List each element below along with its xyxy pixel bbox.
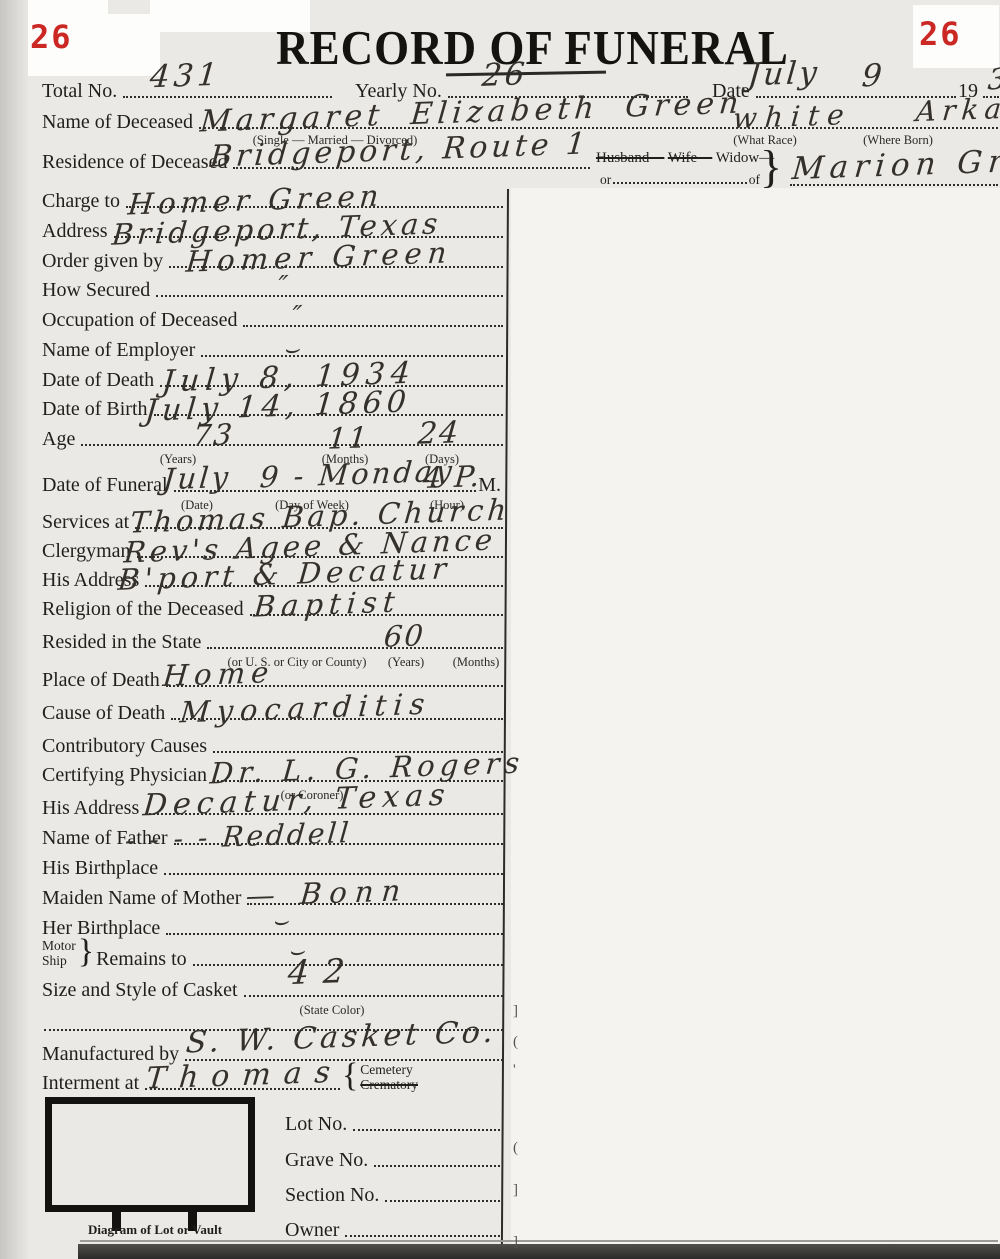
cemetery-field-row: Grave No. bbox=[285, 1145, 502, 1171]
option-ship: Ship bbox=[42, 953, 76, 968]
handwritten-value: Thomas bbox=[145, 1054, 345, 1096]
field-row-remains-to: MotorShip}Remains to bbox=[42, 944, 505, 970]
field-label: Order given by bbox=[42, 250, 167, 272]
handwritten-value: Baptist bbox=[253, 584, 403, 623]
handwritten-date-month: July bbox=[746, 55, 821, 94]
field-label: Residence of Deceased bbox=[42, 151, 231, 173]
handwritten-race: white bbox=[732, 98, 854, 135]
cut-off-text-fragment: ] bbox=[513, 1003, 518, 1020]
bottom-scan-bar bbox=[78, 1244, 1000, 1259]
handwritten-value: July bbox=[162, 460, 233, 496]
handwritten-value: - - - - Reddell bbox=[124, 816, 353, 857]
cut-off-text-fragment: ' bbox=[513, 1062, 516, 1079]
option-wife: Wife— bbox=[668, 150, 712, 166]
handwritten-value: ⌣ bbox=[271, 906, 292, 937]
lot-diagram bbox=[45, 1097, 52, 1212]
lot-diagram bbox=[45, 1097, 255, 1104]
dotted-leader bbox=[123, 96, 332, 98]
brace-glyph: } bbox=[760, 140, 782, 193]
field-label: Date of Funeral bbox=[42, 474, 172, 496]
field-row-occupation-of-deceased: Occupation of Deceased bbox=[42, 305, 505, 331]
cut-off-text-fragment: ( bbox=[513, 1140, 518, 1157]
dotted-leader bbox=[345, 1235, 500, 1237]
cemetery-field-row: Section No. bbox=[285, 1180, 502, 1206]
field-label: Resided in the State bbox=[42, 631, 205, 653]
dotted-leader bbox=[353, 1129, 500, 1131]
field-label: Religion of the Deceased bbox=[42, 598, 248, 620]
lot-diagram bbox=[248, 1097, 255, 1212]
dotted-leader bbox=[374, 1165, 500, 1167]
field-label: Certifying Physician bbox=[42, 764, 211, 786]
field-label: Owner bbox=[285, 1219, 343, 1241]
field-label: Charge to bbox=[42, 190, 124, 212]
cemetery-field-row: Lot No. bbox=[285, 1109, 502, 1135]
handwritten-value: 24 bbox=[416, 415, 461, 452]
cut-off-text-fragment: ( bbox=[513, 1034, 518, 1051]
brace-glyph: { bbox=[342, 1061, 360, 1094]
field-label: Date of Death bbox=[42, 369, 158, 391]
field-row-size-style-of-casket: Size and Style of Casket bbox=[42, 975, 505, 1001]
scan-edge-shading bbox=[0, 0, 30, 1259]
field-row-his-birthplace: His Birthplace bbox=[42, 853, 505, 879]
cut-off-text-fragment: ] bbox=[513, 1234, 518, 1251]
field-row-how-secured: How Secured bbox=[42, 275, 505, 301]
handwritten-value: 73 bbox=[192, 417, 236, 453]
cut-off-text-fragment: ] bbox=[513, 1182, 518, 1199]
brace-glyph: } bbox=[78, 937, 96, 970]
field-label: Name of Deceased bbox=[42, 111, 197, 133]
field-label: Address bbox=[42, 220, 112, 242]
scanned-funeral-record-page: 26 26 RECORD OF FUNERAL Total No. Yearly… bbox=[0, 0, 1000, 1259]
scan-line bbox=[80, 1240, 998, 1242]
field-label: Age bbox=[42, 428, 79, 450]
field-label: His Birthplace bbox=[42, 857, 162, 879]
dotted-leader bbox=[244, 995, 503, 997]
lot-diagram bbox=[45, 1205, 255, 1212]
option-husband: Husband— bbox=[596, 150, 664, 166]
handwritten-birthplace-state: Arkansas bbox=[915, 89, 1000, 128]
field-label: Total No. bbox=[42, 80, 121, 102]
blank-right-page bbox=[511, 188, 1000, 1246]
dotted-leader bbox=[201, 355, 503, 357]
dotted-leader bbox=[166, 933, 503, 935]
handwritten-value: 4 2 bbox=[286, 951, 348, 992]
handwritten-value: 11 bbox=[327, 420, 371, 456]
handwritten-value: 60 bbox=[383, 618, 427, 654]
field-label: How Secured bbox=[42, 279, 154, 301]
or-of-line: or of bbox=[600, 170, 760, 188]
option-cemetery: Cemetery bbox=[360, 1062, 418, 1077]
field-label: Place of Death bbox=[42, 669, 164, 691]
field-label: His Address bbox=[42, 797, 143, 819]
field-label: Lot No. bbox=[285, 1113, 351, 1135]
field-label: Grave No. bbox=[285, 1149, 372, 1171]
diagram-caption: Diagram of Lot or Vault bbox=[60, 1222, 250, 1238]
handwritten-date-day: 9 bbox=[860, 58, 885, 95]
dotted-leader bbox=[156, 295, 503, 297]
transport-mode-options: MotorShip bbox=[42, 938, 78, 970]
field-label: Section No. bbox=[285, 1184, 383, 1206]
dotted-leader bbox=[193, 964, 503, 966]
handwritten-relative-name: Marion Green bbox=[791, 141, 1000, 187]
field-row-resided-in-state: Resided in the State bbox=[42, 627, 505, 653]
field-label: Clergyman bbox=[42, 540, 135, 562]
cemetery-field-row: Owner bbox=[285, 1215, 502, 1241]
marital-status-options: Husband— Wife— Widow— bbox=[596, 150, 774, 167]
handwritten-value: — Bonn bbox=[245, 873, 410, 913]
field-row-name-of-employer: Name of Employer bbox=[42, 335, 505, 361]
disposition-options: CemeteryCrematory bbox=[360, 1062, 420, 1094]
field-label: Date of Birth bbox=[42, 398, 152, 420]
handwritten-total-no: 431 bbox=[148, 57, 222, 96]
dotted-leader bbox=[243, 325, 503, 327]
handwritten-value: 4 P. bbox=[422, 459, 483, 495]
field-label: Size and Style of Casket bbox=[42, 979, 242, 1001]
option-crematory: Crematory bbox=[360, 1077, 418, 1092]
handwritten-year-digit: 3 bbox=[987, 62, 1000, 97]
handwritten-value: Home bbox=[162, 655, 276, 693]
field-label: Cause of Death bbox=[42, 702, 169, 724]
field-label: Remains to bbox=[96, 948, 191, 970]
field-label: Interment at bbox=[42, 1072, 143, 1094]
of-text: of bbox=[749, 172, 760, 188]
option-motor: Motor bbox=[42, 938, 76, 953]
dotted-leader bbox=[207, 647, 503, 649]
field-label: Contributory Causes bbox=[42, 735, 211, 757]
dotted-leader bbox=[164, 873, 503, 875]
dotted-leader bbox=[613, 182, 747, 184]
or-text: or bbox=[600, 172, 611, 188]
field-label: Her Birthplace bbox=[42, 917, 164, 939]
field-label: Occupation of Deceased bbox=[42, 309, 241, 331]
dotted-leader bbox=[385, 1200, 500, 1202]
field-label: Maiden Name of Mother bbox=[42, 887, 245, 909]
field-label: Name of Employer bbox=[42, 339, 199, 361]
field-label: Services at bbox=[42, 511, 133, 533]
